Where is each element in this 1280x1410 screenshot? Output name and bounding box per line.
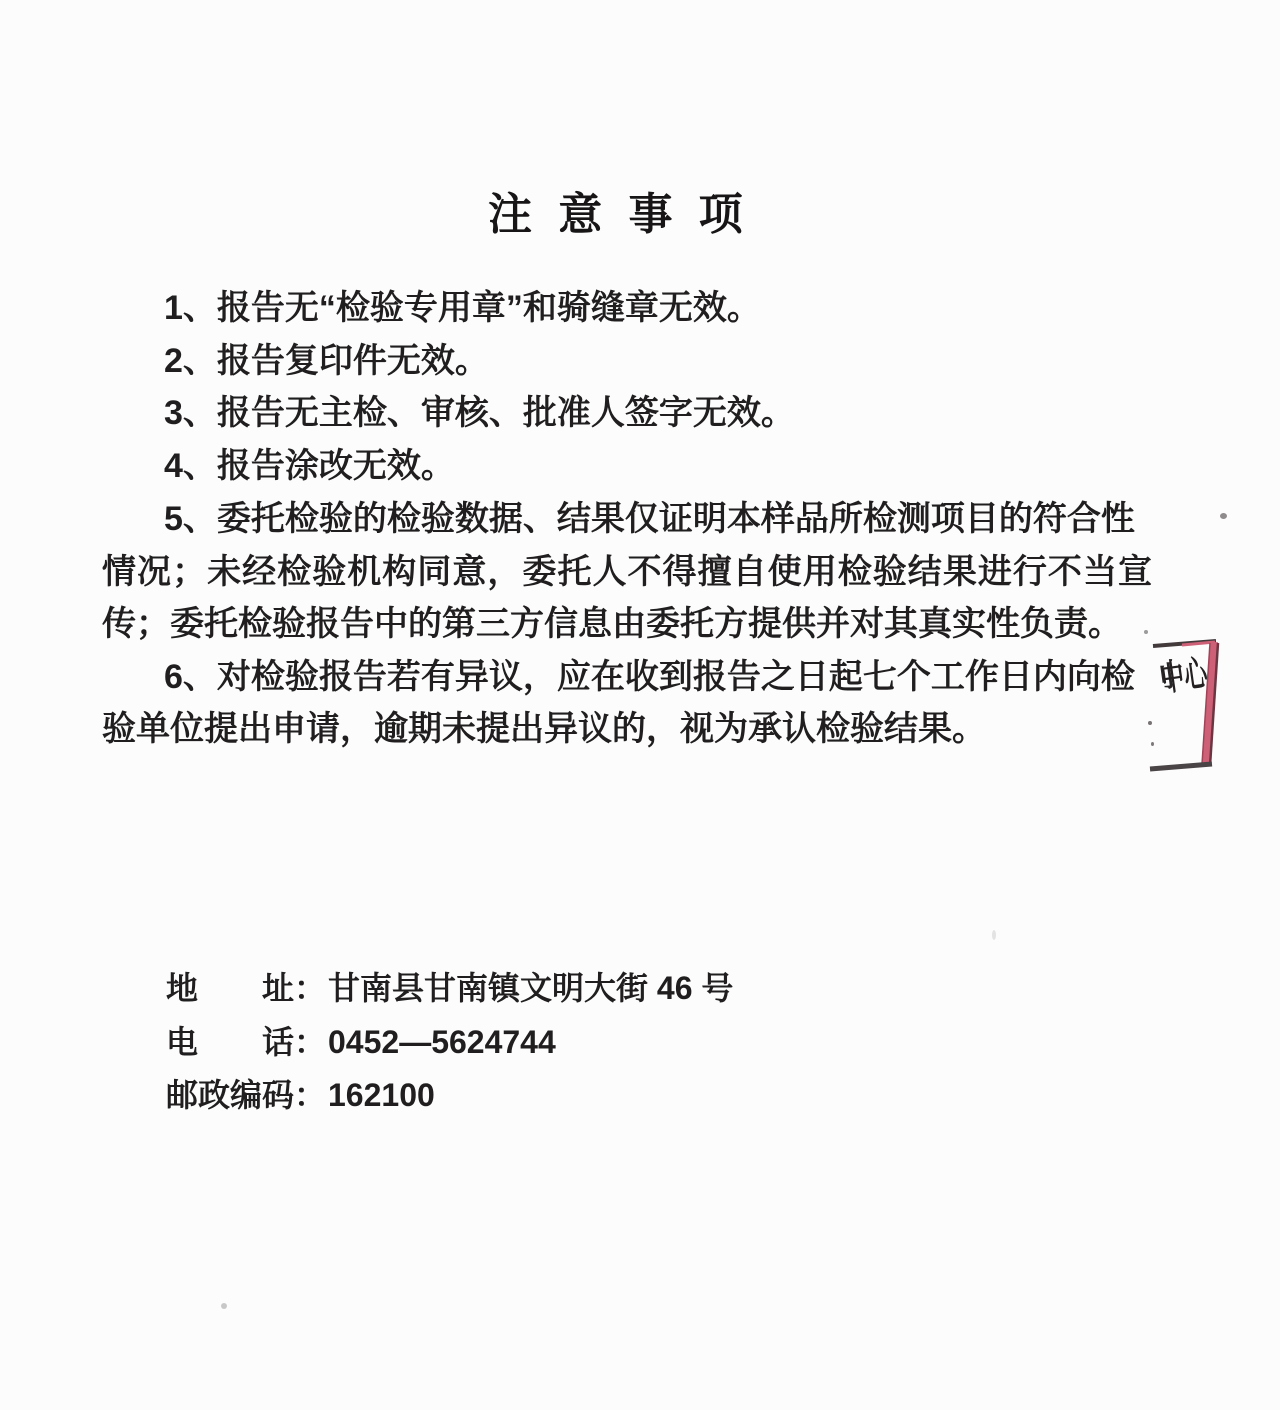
address-label-char2: 址 [262,971,294,1005]
notice-item-3: 3、报告无主检、审核、批准人签字无效。 [164,396,795,430]
address-colon: ： [294,971,328,1005]
scan-speck [1148,721,1152,725]
phone-label-char1: 电 [166,1025,198,1059]
scan-speck [992,930,996,940]
contact-address-row: 地 址 ： 甘南县甘南镇文明大街 46 号 [166,971,733,1005]
partial-red-stamp: 刂 中心 [1140,628,1280,778]
page-title: 注 意 事 项 [488,178,750,242]
scan-speck [1151,742,1154,746]
postcode-value: 162100 [328,1078,435,1112]
phone-label-char2: 话 [262,1025,294,1059]
postcode-colon: ： [294,1078,328,1112]
notice-item-5-line-1: 5、委托检验的检验数据、结果仅证明本样品所检测项目的符合性 [164,502,1135,536]
stamp-visible-text: 中心 [1158,652,1211,699]
phone-label: 电 话 [166,1025,294,1059]
notice-item-6-line-2: 验单位提出申请，逾期未提出异议的，视为承认检验结果。 [102,712,986,746]
stamp-frame-icon: 刂 中心 [1140,628,1280,778]
notice-item-4: 4、报告涂改无效。 [164,449,455,483]
scan-speck [221,1303,227,1309]
address-label: 地 址 [166,971,294,1005]
contact-phone-row: 电 话 ： 0452—5624744 [166,1025,556,1059]
address-label-char1: 地 [166,971,198,1005]
notice-item-6-line-1: 6、对检验报告若有异议，应在收到报告之日起七个工作日内向检 [164,660,1135,694]
scan-speck [1220,513,1227,519]
notice-item-1: 1、报告无“检验专用章”和骑缝章无效。 [164,291,761,325]
scan-speck [1144,630,1148,634]
phone-colon: ： [294,1025,328,1059]
notice-item-2: 2、报告复印件无效。 [164,344,489,378]
address-value: 甘南县甘南镇文明大街 46 号 [328,971,733,1005]
notice-item-5-line-3: 传；委托检验报告中的第三方信息由委托方提供并对其真实性负责。 [102,607,1122,641]
phone-value: 0452—5624744 [328,1025,556,1059]
contact-postcode-row: 邮政编码 ： 162100 [166,1078,435,1112]
notice-item-5-line-2: 情况；未经检验机构同意，委托人不得擅自使用检验结果进行不当宣 [102,555,1152,589]
postcode-label: 邮政编码 [166,1078,294,1112]
scanned-notice-page: 注 意 事 项 1、报告无“检验专用章”和骑缝章无效。 2、报告复印件无效。 3… [0,0,1280,1410]
